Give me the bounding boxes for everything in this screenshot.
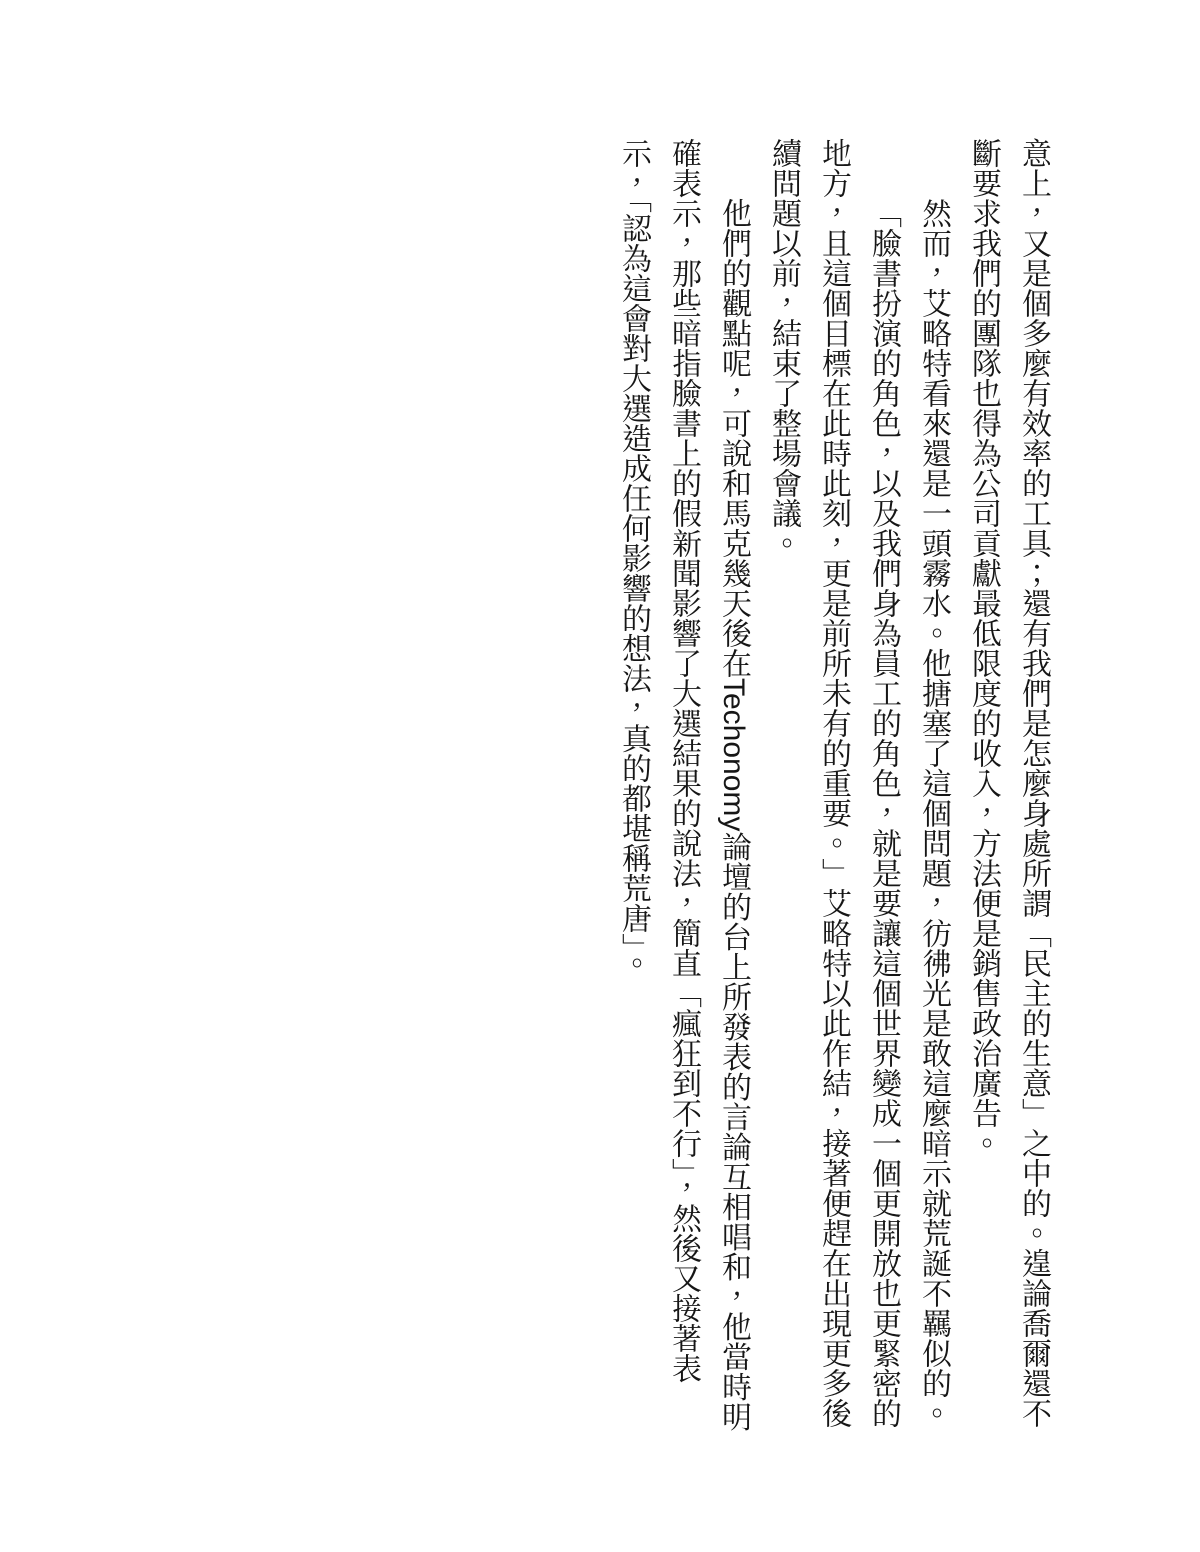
paragraph-3: 「臉書扮演的角色，以及我們身為員工的角色，就是要讓這個世界變成一個更開放也更緊密… xyxy=(758,138,908,1440)
vertical-text-block: 意上，又是個多麼有效率的工具；還有我們是怎麼身處所謂「民主的生意」之中的。遑論喬… xyxy=(608,138,1058,1440)
paragraph-4: 他們的觀點呢，可說和馬克幾天後在Techonomy論壇的台上所發表的言論互相唱和… xyxy=(608,138,758,1440)
book-page: 意上，又是個多麼有效率的工具；還有我們是怎麼身處所謂「民主的生意」之中的。遑論喬… xyxy=(0,0,1200,1552)
paragraph-1: 意上，又是個多麼有效率的工具；還有我們是怎麼身處所謂「民主的生意」之中的。遑論喬… xyxy=(958,138,1058,1440)
paragraph-2: 然而，艾略特看來還是一頭霧水。他搪塞了這個問題，彷彿光是敢這麼暗示就荒誕不羈似的… xyxy=(908,138,958,1440)
